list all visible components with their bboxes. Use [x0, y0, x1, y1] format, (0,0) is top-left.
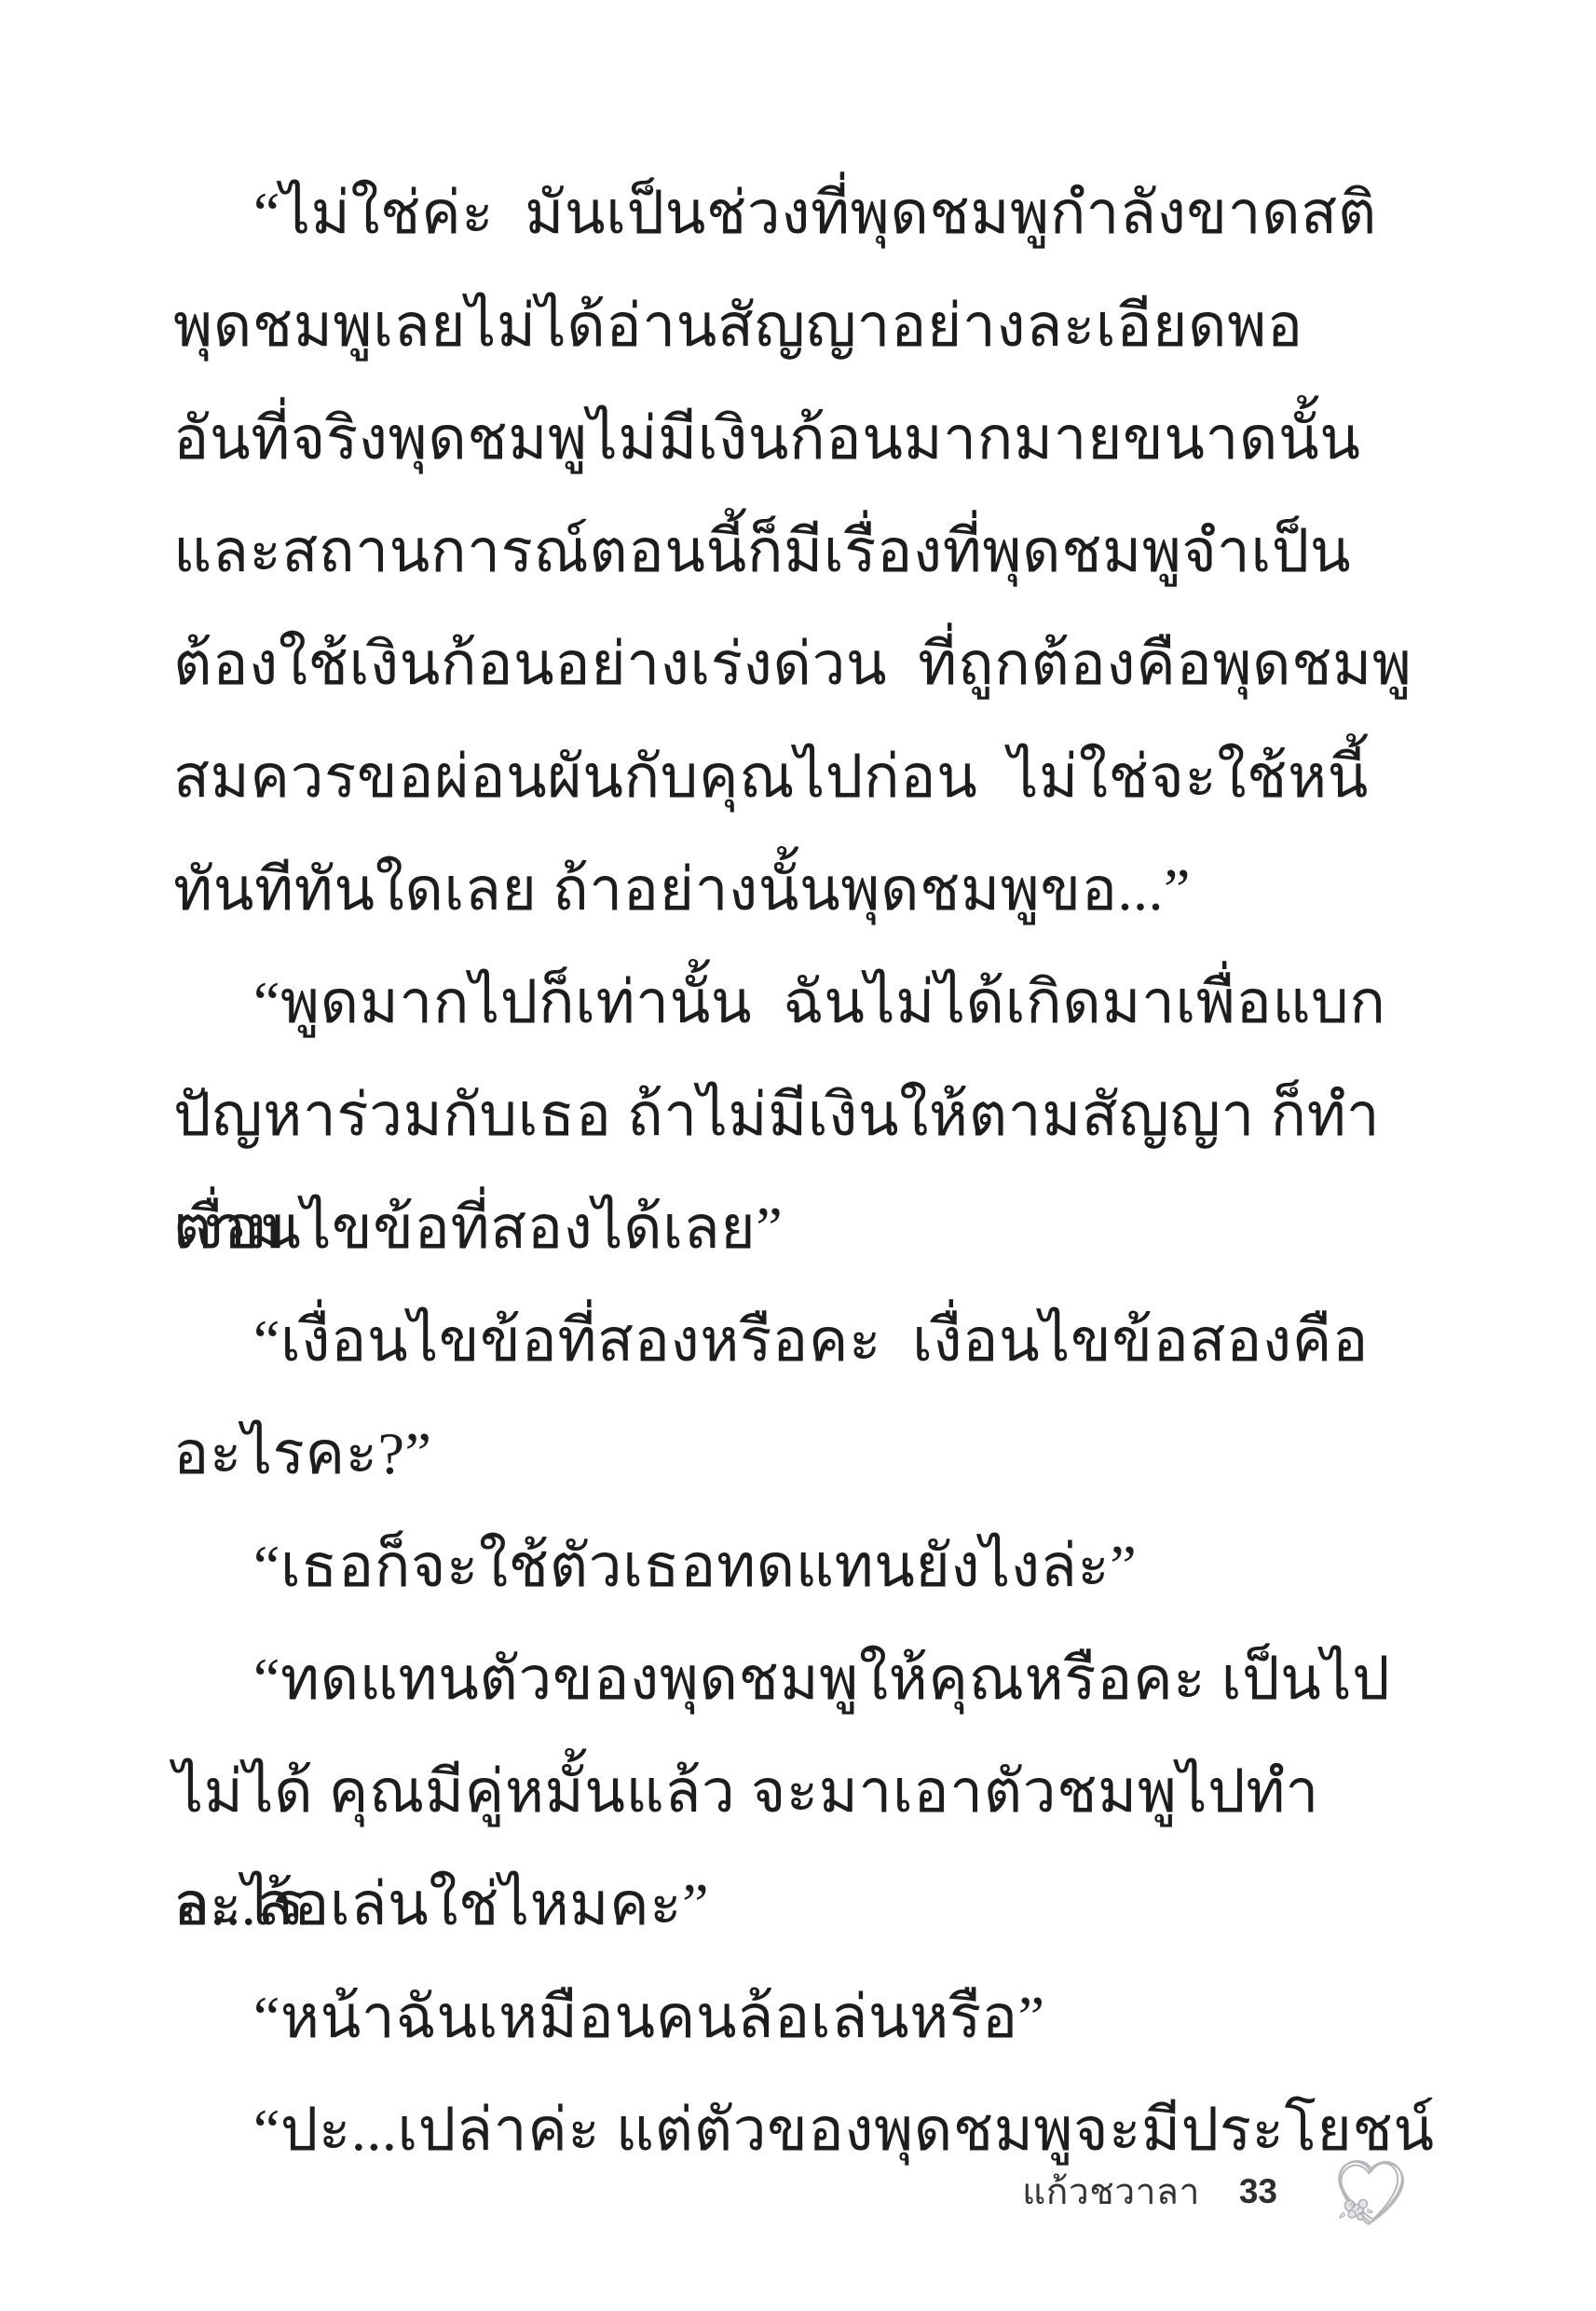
text-line: และสถานการณ์ตอนนี้ก็มีเรื่องที่พุดชมพูจำ…	[173, 495, 1445, 608]
text-line: “ทดแทนตัวของพุดชมพูให้คุณหรือคะ เป็นไป	[173, 1622, 1445, 1735]
text-line: ไม่ได้ คุณมีคู่หมั้นแล้ว จะมาเอาตัวชมพูไ…	[173, 1735, 1445, 1848]
text-line: ล...ล้อเล่นใช่ไหมคะ”	[173, 1848, 1445, 1961]
heart-wreath-icon	[1330, 2151, 1412, 2233]
text-line: พุดชมพูเลยไม่ได้อ่านสัญญาอย่างละเอียดพอ	[173, 269, 1445, 382]
text-line: ปัญหาร่วมกับเธอ ถ้าไม่มีเงินให้ตามสัญญา …	[173, 1059, 1445, 1171]
body-text: “ไม่ใช่ค่ะ มันเป็นช่วงที่พุดชมพูกำลังขาด…	[173, 157, 1445, 2186]
text-line: อันที่จริงพุดชมพูไม่มีเงินก้อนมากมายขนาด…	[173, 382, 1445, 495]
book-page: “ไม่ใช่ค่ะ มันเป็นช่วงที่พุดชมพูกำลังขาด…	[0, 0, 1596, 2311]
text-line: “เธอก็จะใช้ตัวเธอทดแทนยังไงล่ะ”	[173, 1510, 1445, 1622]
text-line: เงื่อนไขข้อที่สองได้เลย”	[173, 1171, 1445, 1284]
text-line: “เงื่อนไขข้อที่สองหรือคะ เงื่อนไขข้อสองค…	[173, 1284, 1445, 1397]
text-line: ทันทีทันใดเลย ถ้าอย่างนั้นพุดชมพูขอ...”	[173, 833, 1445, 946]
text-line: อะไรคะ?”	[173, 1397, 1445, 1510]
text-line: ต้องใช้เงินก้อนอย่างเร่งด่วน ที่ถูกต้องค…	[173, 608, 1445, 720]
text-line: “หน้าฉันเหมือนคนล้อเล่นหรือ”	[173, 1961, 1445, 2073]
footer-page-number: 33	[1239, 2172, 1277, 2211]
footer-book-title: แก้วชวาลา	[1022, 2163, 1200, 2221]
text-line: “พูดมากไปก็เท่านั้น ฉันไม่ได้เกิดมาเพื่อ…	[173, 946, 1445, 1059]
text-line: “ไม่ใช่ค่ะ มันเป็นช่วงที่พุดชมพูกำลังขาด…	[173, 157, 1445, 269]
page-footer: แก้วชวาลา 33	[1022, 2151, 1412, 2233]
text-line: สมควรขอผ่อนผันกับคุณไปก่อน ไม่ใช่จะใช้หน…	[173, 720, 1445, 833]
